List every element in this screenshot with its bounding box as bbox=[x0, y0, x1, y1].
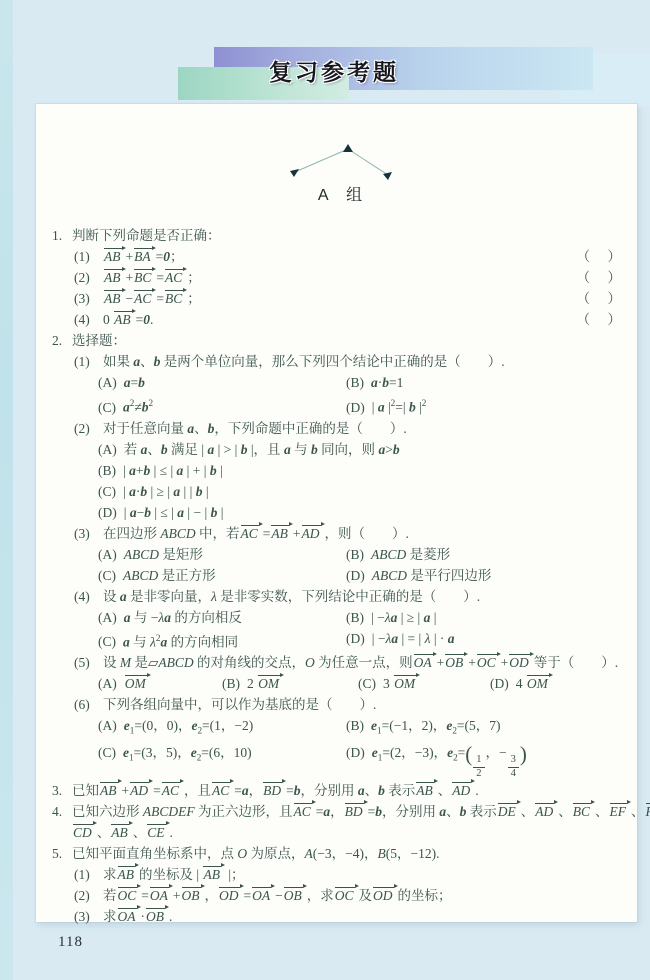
vector: OA bbox=[251, 885, 275, 903]
vector: AD bbox=[129, 780, 153, 798]
question-text: 如果 a、b 是两个单位向量，那么下列四个结论中正确的是（ ）. bbox=[103, 354, 505, 369]
option-label: (D) bbox=[346, 568, 365, 583]
math-variable: ABCD bbox=[372, 568, 407, 583]
option-c: (C)a2≠b2 bbox=[98, 393, 346, 418]
answer-parentheses: （ ） bbox=[577, 267, 624, 288]
vector: OC bbox=[117, 885, 142, 903]
option-d: (D)e1=(2，−3)，e2=(12，−34) bbox=[346, 742, 527, 780]
bold-vector: a bbox=[123, 400, 130, 415]
bold-vector: a bbox=[164, 610, 171, 625]
item-label: (3) bbox=[74, 288, 90, 309]
bold-vector: b bbox=[294, 783, 301, 798]
item-label: (5) bbox=[74, 652, 90, 673]
option-d: (D)4 OM bbox=[490, 673, 553, 694]
bold-vector: a bbox=[424, 610, 431, 625]
question-text: 下列各组向量中，可以作为基底的是（ ）. bbox=[103, 697, 376, 712]
bold-vector: b bbox=[144, 505, 151, 520]
bold-vector: a bbox=[129, 484, 136, 499]
question-text: CD、AB、CE. bbox=[72, 825, 173, 840]
answer-parentheses: （ ） bbox=[577, 246, 624, 267]
vector: AB bbox=[110, 822, 133, 840]
bold-vector: b bbox=[154, 354, 161, 369]
options-row: (A)a=b(B)a·b=1 bbox=[36, 372, 637, 393]
question-text: 若OC=OA+OB，OD=OA−OB，求OC及OD的坐标； bbox=[103, 888, 452, 903]
option-c: (C)a 与 λ2a 的方向相同 bbox=[98, 628, 346, 653]
item-label: 3. bbox=[52, 780, 62, 801]
vector: AD bbox=[534, 801, 558, 819]
option-c: (C)ABCD 是正方形 bbox=[98, 565, 346, 586]
sub-question: (3)AB−AC=BC；（ ） bbox=[36, 288, 637, 309]
item-label: 2. bbox=[52, 330, 62, 351]
option-c: (C)3 OM bbox=[358, 673, 490, 694]
bold-vector: a bbox=[129, 463, 136, 478]
bold-vector: a bbox=[242, 783, 249, 798]
problem-2: 2.选择题：(1)如果 a、b 是两个单位向量，那么下列四个结论中正确的是（ ）… bbox=[36, 330, 637, 780]
bold-vector: a bbox=[448, 631, 455, 646]
vector: CE bbox=[146, 822, 169, 840]
option-a: (A)ABCD 是矩形 bbox=[98, 544, 346, 565]
bold-vector: a bbox=[439, 804, 446, 819]
option-label: (D) bbox=[346, 631, 365, 646]
vector: AB bbox=[103, 267, 126, 285]
sub-question: (1)AB+BA=0；（ ） bbox=[36, 246, 637, 267]
continuation-line: CD、AB、CE. bbox=[36, 822, 637, 843]
vector: OB bbox=[444, 652, 468, 670]
option-label: (B) bbox=[346, 718, 364, 733]
option-label: (A) bbox=[98, 442, 117, 457]
math-variable: λ bbox=[425, 631, 431, 646]
vector: AB bbox=[270, 523, 293, 541]
question-text: 已知六边形 ABCDEF 为正六边形，且AC=a，BD=b，分别用 a、b 表示… bbox=[72, 804, 650, 819]
bold-vector: a bbox=[123, 634, 130, 649]
vector: OM bbox=[393, 673, 420, 691]
option-label: (A) bbox=[98, 676, 117, 691]
options-row: (A)e1=(0，0)，e2=(1，−2)(B)e1=(−1，2)，e2=(5，… bbox=[36, 715, 637, 742]
option-b: (B)a·b=1 bbox=[346, 372, 403, 393]
vector: AC bbox=[161, 780, 184, 798]
page-edge-strip bbox=[0, 0, 13, 980]
item-label: (1) bbox=[74, 351, 90, 372]
option-label: (D) bbox=[98, 505, 117, 520]
bold-vector: 0 bbox=[163, 249, 170, 264]
option-a: (A)OM bbox=[98, 673, 222, 694]
vector: AC bbox=[164, 267, 187, 285]
sub-question: (4)0 AB=0.（ ） bbox=[36, 309, 637, 330]
fraction: 12 bbox=[473, 754, 484, 779]
question-text: 在四边形 ABCD 中，若AC=AB+AD，则（ ）. bbox=[103, 526, 409, 541]
bold-vector: b bbox=[196, 484, 203, 499]
question-text: 对于任意向量 a、b，下列命题中正确的是（ ）. bbox=[103, 421, 407, 436]
big-paren: ) bbox=[520, 741, 527, 765]
options-row: (A)ABCD 是矩形(B)ABCD 是菱形 bbox=[36, 544, 637, 565]
option-label: (C) bbox=[358, 676, 376, 691]
question-text: 选择题： bbox=[72, 333, 126, 348]
bold-vector: b bbox=[378, 783, 385, 798]
math-variable: ABCDEF bbox=[143, 804, 195, 819]
answer-parentheses: （ ） bbox=[577, 309, 624, 330]
bold-vector: a bbox=[124, 610, 131, 625]
question-text: 0 AB=0. bbox=[103, 312, 153, 327]
bold-vector: b bbox=[382, 375, 389, 390]
item-label: 1. bbox=[52, 225, 62, 246]
item-label: (2) bbox=[74, 885, 90, 906]
vector: AD bbox=[451, 780, 475, 798]
item-label: (3) bbox=[74, 523, 90, 544]
options-row: (D)| a−b | ≤ | a | − | b | bbox=[36, 502, 637, 523]
option-label: (B) bbox=[346, 610, 364, 625]
sub-question: (4)设 a 是非零向量，λ 是非零实数，下列结论中正确的是（ ）. bbox=[36, 586, 637, 607]
option-label: (B) bbox=[222, 676, 240, 691]
group-a-decoration bbox=[285, 142, 397, 182]
option-label: (D) bbox=[346, 745, 365, 760]
vector: OM bbox=[526, 673, 553, 691]
vector: EF bbox=[609, 801, 632, 819]
options-row: (B)| a+b | ≤ | a | + | b | bbox=[36, 460, 637, 481]
bold-vector: b bbox=[311, 442, 318, 457]
problem-3: 3.已知AB+AD=AC，且AC=a，BD=b，分别用 a、b 表示AB、AD. bbox=[36, 780, 637, 801]
option-label: (C) bbox=[98, 484, 116, 499]
page-title: 复习参考题 bbox=[269, 54, 399, 87]
bold-vector: b bbox=[138, 375, 145, 390]
vector: AB bbox=[99, 780, 122, 798]
sub-question: (2)AB+BC=AC；（ ） bbox=[36, 267, 637, 288]
vector: OD bbox=[508, 652, 534, 670]
bold-vector: b bbox=[409, 400, 416, 415]
bold-vector: 0 bbox=[143, 312, 150, 327]
problem-heading: 1.判断下列命题是否正确： bbox=[36, 225, 637, 246]
item-label: (2) bbox=[74, 418, 90, 439]
question-text: 已知平面直角坐标系中，点 O 为原点，A(−3，−4)，B(5，−12). bbox=[72, 846, 439, 861]
option-c: (C)e1=(3，5)，e2=(6，10) bbox=[98, 742, 346, 769]
bold-vector: b bbox=[142, 400, 149, 415]
sub-question: (3)求OA·OB. bbox=[36, 906, 637, 927]
bold-vector: b bbox=[375, 804, 382, 819]
question-text: AB+BA=0； bbox=[103, 249, 184, 264]
options-row: (A)a 与 −λa 的方向相反(B)| −λa | ≥ | a | bbox=[36, 607, 637, 628]
sub-question: (5)设 M 是▱ABCD 的对角线的交点，O 为任意一点，则OA+OB+OC+… bbox=[36, 652, 637, 673]
question-text: 求OA·OB. bbox=[103, 909, 172, 924]
vector: OA bbox=[117, 906, 141, 924]
bold-vector: a bbox=[177, 463, 184, 478]
options-row: (A)OM(B)2 OM(C)3 OM(D)4 OM bbox=[36, 673, 637, 694]
options-row: (C)e1=(3，5)，e2=(6，10)(D)e1=(2，−3)，e2=(12… bbox=[36, 742, 637, 780]
option-label: (A) bbox=[98, 547, 117, 562]
option-label: (D) bbox=[490, 676, 509, 691]
bold-vector: b bbox=[143, 463, 150, 478]
option-label: (B) bbox=[346, 375, 364, 390]
option-label: (A) bbox=[98, 718, 117, 733]
question-text: 已知AB+AD=AC，且AC=a，BD=b，分别用 a、b 表示AB、AD. bbox=[72, 783, 479, 798]
vector: OM bbox=[257, 673, 284, 691]
vector: OM bbox=[124, 673, 151, 691]
option-a: (A)e1=(0，0)，e2=(1，−2) bbox=[98, 715, 346, 742]
sub-question: (1)求AB的坐标及 | AB |； bbox=[36, 864, 637, 885]
problem-heading: 2.选择题： bbox=[36, 330, 637, 351]
option-d: (D)| a−b | ≤ | a | − | b | bbox=[98, 502, 223, 523]
vector: AC bbox=[293, 801, 316, 819]
vector: AC bbox=[240, 523, 263, 541]
bold-vector: a bbox=[160, 634, 167, 649]
math-variable: M bbox=[120, 655, 131, 670]
question-text: 设 a 是非零向量，λ 是非零实数，下列结论中正确的是（ ）. bbox=[103, 589, 480, 604]
option-label: (A) bbox=[98, 375, 117, 390]
vector: CD bbox=[72, 822, 97, 840]
big-paren: ( bbox=[465, 741, 472, 765]
option-c: (C)| a·b | ≥ | a | | b | bbox=[98, 481, 209, 502]
options-row: (C)| a·b | ≥ | a | | b | bbox=[36, 481, 637, 502]
options-row: (A)若 a、b 满足 | a | > | b |，且 a 与 b 同向，则 a… bbox=[36, 439, 637, 460]
bold-vector: a bbox=[391, 610, 398, 625]
options-row: (C)a2≠b2(D)| a |2=| b |2 bbox=[36, 393, 637, 418]
vector: OB bbox=[181, 885, 205, 903]
bold-vector: b bbox=[211, 505, 218, 520]
bold-vector: b bbox=[460, 804, 467, 819]
problem-heading: 3.已知AB+AD=AC，且AC=a，BD=b，分别用 a、b 表示AB、AD. bbox=[36, 780, 637, 801]
vector: AB bbox=[103, 288, 126, 306]
options-row: (C)a 与 λ2a 的方向相同(D)| −λa | = | λ | · a bbox=[36, 628, 637, 653]
math-variable: ABCD bbox=[371, 547, 406, 562]
question-text: 判断下列命题是否正确： bbox=[72, 228, 221, 243]
question-text: AB−AC=BC； bbox=[103, 291, 201, 306]
bold-vector: a bbox=[130, 505, 137, 520]
vector: BC bbox=[133, 267, 156, 285]
option-b: (B)| −λa | ≥ | a | bbox=[346, 607, 436, 628]
bold-vector: b bbox=[393, 442, 400, 457]
option-label: (B) bbox=[98, 463, 116, 478]
problem-heading: 4.已知六边形 ABCDEF 为正六边形，且AC=a，BD=b，分别用 a、b … bbox=[36, 801, 637, 822]
math-variable: λ bbox=[211, 589, 217, 604]
vector: BD bbox=[344, 801, 368, 819]
roof-arrow-icon bbox=[285, 142, 397, 182]
option-label: (A) bbox=[98, 610, 117, 625]
vector: DE bbox=[497, 801, 521, 819]
vector: OB bbox=[145, 906, 169, 924]
vector: AC bbox=[133, 288, 156, 306]
bold-vector: a bbox=[173, 484, 180, 499]
bold-vector: b bbox=[140, 484, 147, 499]
bold-vector: a bbox=[323, 804, 330, 819]
vector: AB bbox=[117, 864, 140, 882]
vector: OD bbox=[218, 885, 244, 903]
math-variable: O bbox=[305, 655, 315, 670]
bold-vector: a bbox=[378, 442, 385, 457]
item-label: (1) bbox=[74, 246, 90, 267]
option-label: (B) bbox=[346, 547, 364, 562]
item-label: 4. bbox=[52, 801, 62, 822]
bold-vector: a bbox=[378, 400, 385, 415]
options-row: (C)ABCD 是正方形(D)ABCD 是平行四边形 bbox=[36, 565, 637, 586]
item-label: (4) bbox=[74, 309, 90, 330]
bold-vector: a bbox=[124, 375, 131, 390]
vector: AC bbox=[211, 780, 234, 798]
vector: BA bbox=[133, 246, 156, 264]
problem-1: 1.判断下列命题是否正确：(1)AB+BA=0；（ ）(2)AB+BC=AC；（… bbox=[36, 225, 637, 330]
vector: BC bbox=[572, 801, 595, 819]
sub-question: (2)对于任意向量 a、b，下列命题中正确的是（ ）. bbox=[36, 418, 637, 439]
question-text: 求AB的坐标及 | AB |； bbox=[103, 867, 245, 882]
fraction: 34 bbox=[508, 754, 519, 779]
vector: AB bbox=[202, 864, 225, 882]
group-a-label: A 组 bbox=[285, 182, 397, 205]
item-label: (6) bbox=[74, 694, 90, 715]
math-variable: B bbox=[377, 846, 385, 861]
bold-vector: a bbox=[120, 589, 127, 604]
bold-vector: a bbox=[187, 421, 194, 436]
item-label: (1) bbox=[74, 864, 90, 885]
bold-vector: a bbox=[141, 442, 148, 457]
sub-question: (1)如果 a、b 是两个单位向量，那么下列四个结论中正确的是（ ）. bbox=[36, 351, 637, 372]
option-d: (D)| −λa | = | λ | · a bbox=[346, 628, 455, 649]
bold-vector: a bbox=[133, 354, 140, 369]
bold-vector: b bbox=[210, 463, 217, 478]
option-a: (A)若 a、b 满足 | a | > | b |，且 a 与 b 同向，则 a… bbox=[98, 439, 400, 460]
item-label: (4) bbox=[74, 586, 90, 607]
vector: BD bbox=[262, 780, 286, 798]
vector: BC bbox=[164, 288, 187, 306]
vector: OA bbox=[149, 885, 173, 903]
vector: AD bbox=[301, 523, 325, 541]
vector: AB bbox=[415, 780, 438, 798]
bold-vector: b bbox=[241, 442, 248, 457]
sub-question: (2)若OC=OA+OB，OD=OA−OB，求OC及OD的坐标； bbox=[36, 885, 637, 906]
math-variable: O bbox=[237, 846, 247, 861]
problem-heading: 5.已知平面直角坐标系中，点 O 为原点，A(−3，−4)，B(5，−12). bbox=[36, 843, 637, 864]
math-variable: ABCD bbox=[124, 547, 159, 562]
option-a: (A)a 与 −λa 的方向相反 bbox=[98, 607, 346, 628]
bold-vector: a bbox=[391, 631, 398, 646]
vector: OD bbox=[372, 885, 398, 903]
bold-vector: a bbox=[371, 375, 378, 390]
question-text: 设 M 是▱ABCD 的对角线的交点，O 为任意一点，则OA+OB+OC+OD等… bbox=[103, 655, 618, 670]
problem-5: 5.已知平面直角坐标系中，点 O 为原点，A(−3，−4)，B(5，−12).(… bbox=[36, 843, 637, 927]
content-panel: A 组 1.判断下列命题是否正确：(1)AB+BA=0；（ ）(2)AB+BC=… bbox=[36, 104, 637, 922]
option-label: (C) bbox=[98, 400, 116, 415]
vector: AB bbox=[113, 309, 136, 327]
option-b: (B)ABCD 是菱形 bbox=[346, 544, 450, 565]
answer-parentheses: （ ） bbox=[577, 288, 624, 309]
math-variable: ABCD bbox=[158, 655, 193, 670]
vector: OC bbox=[334, 885, 359, 903]
math-variable: ABCD bbox=[160, 526, 195, 541]
vector: FA bbox=[645, 801, 650, 819]
vector: OC bbox=[476, 652, 501, 670]
item-label: (3) bbox=[74, 906, 90, 927]
item-label: (2) bbox=[74, 267, 90, 288]
option-label: (D) bbox=[346, 400, 365, 415]
math-variable: A bbox=[305, 846, 313, 861]
option-d: (D)| a |2=| b |2 bbox=[346, 393, 426, 418]
sub-question: (3)在四边形 ABCD 中，若AC=AB+AD，则（ ）. bbox=[36, 523, 637, 544]
option-d: (D)ABCD 是平行四边形 bbox=[346, 565, 491, 586]
option-b: (B)| a+b | ≤ | a | + | b | bbox=[98, 460, 223, 481]
page-number: 118 bbox=[58, 934, 83, 951]
option-label: (C) bbox=[98, 745, 116, 760]
option-a: (A)a=b bbox=[98, 372, 346, 393]
sub-question: (6)下列各组向量中，可以作为基底的是（ ）. bbox=[36, 694, 637, 715]
vector: OB bbox=[283, 885, 307, 903]
bold-vector: a bbox=[177, 505, 184, 520]
bold-vector: a bbox=[284, 442, 291, 457]
option-b: (B)e1=(−1，2)，e2=(5，7) bbox=[346, 715, 501, 742]
bold-vector: b bbox=[208, 421, 215, 436]
option-label: (C) bbox=[98, 634, 116, 649]
math-variable: ABCD bbox=[123, 568, 158, 583]
option-label: (C) bbox=[98, 568, 116, 583]
problems-list: 1.判断下列命题是否正确：(1)AB+BA=0；（ ）(2)AB+BC=AC；（… bbox=[36, 225, 637, 927]
bold-vector: a bbox=[207, 442, 214, 457]
problem-4: 4.已知六边形 ABCDEF 为正六边形，且AC=a，BD=b，分别用 a、b … bbox=[36, 801, 637, 843]
question-text: AB+BC=AC； bbox=[103, 270, 201, 285]
bold-vector: b bbox=[161, 442, 168, 457]
vector: OA bbox=[413, 652, 437, 670]
vector: AB bbox=[103, 246, 126, 264]
item-label: 5. bbox=[52, 843, 62, 864]
option-b: (B)2 OM bbox=[222, 673, 358, 694]
bold-vector: a bbox=[358, 783, 365, 798]
